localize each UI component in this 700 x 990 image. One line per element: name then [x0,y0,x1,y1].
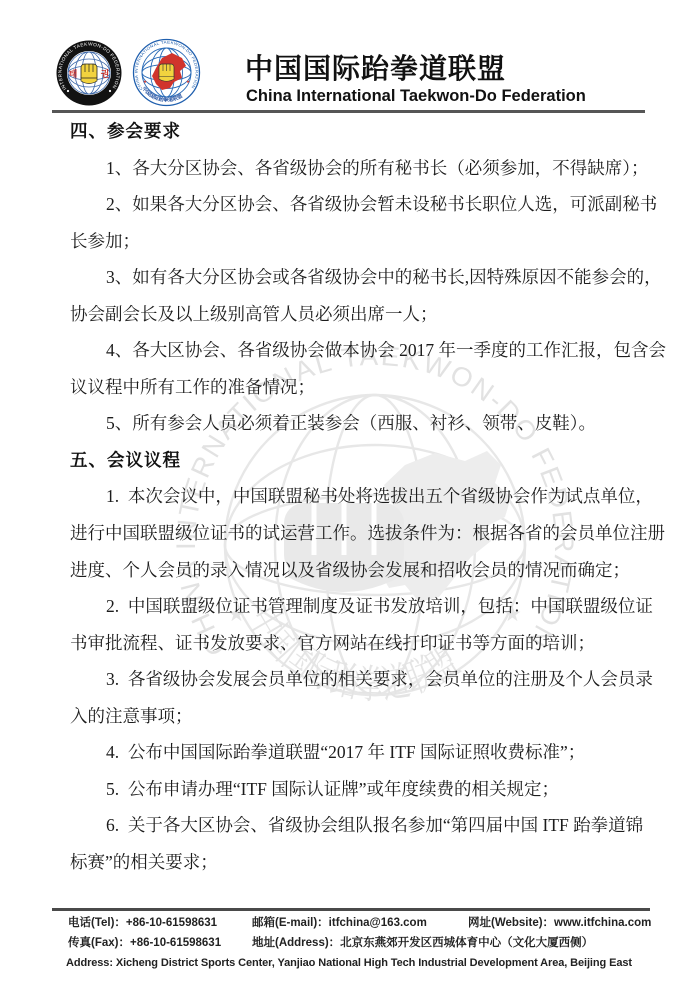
footer-fax: 传真(Fax)：+86-10-61598631 [68,934,221,952]
doc-line: 5. 公布申请办理“ITF 国际认证牌”或年度续费的相关规定； [70,771,650,808]
itf-korean-kwon: 권 [101,68,110,79]
doc-line: 5、所有参会人员必须着正装参会（西服、衬衫、领带、皮鞋）。 [70,405,650,442]
footer-rule [52,908,650,911]
doc-line: 协会副会长及以上级别高管人员必须出席一人； [70,296,650,333]
footer-address-en: Address: Xicheng District Sports Center,… [66,954,632,972]
footer-email: 邮箱(E-mail)：itfchina@163.com [252,914,427,932]
doc-line: 1、各大分区协会、各省级协会的所有秘书长（必须参加，不得缺席）； [70,150,650,187]
section-heading: 四、参会要求 [70,113,650,150]
doc-line: 4. 公布中国国际跆拳道联盟“2017 年 ITF 国际证照收费标准”； [70,734,650,771]
org-title-en: China International Taekwon-Do Federatio… [246,87,586,106]
itf-korean-tae: 태 [69,68,78,79]
doc-line: 3. 各省级协会发展会员单位的相关要求，会员单位的注册及个人会员录 [70,661,650,698]
footer-website: 网址(Website)：www.itfchina.com [468,914,651,932]
doc-line: 入的注意事项； [70,698,650,735]
doc-line: 进行中国联盟级位证书的试运营工作。选拔条件为：根据各省的会员单位注册 [70,515,650,552]
org-title-cn: 中国国际跆拳道联盟 [245,47,506,87]
document-body: 四、参会要求 1、各大分区协会、各省级协会的所有秘书长（必须参加，不得缺席）； … [70,113,650,880]
doc-line: 进度、个人会员的录入情况以及省级协会发展和招收会员的情况而确定； [70,552,650,589]
doc-line: 长参加； [70,223,650,260]
footer-tel: 电话(Tel)：+86-10-61598631 [68,914,217,932]
doc-line: 3、如有各大分区协会或各省级协会中的秘书长,因特殊原因不能参会的， [70,259,650,296]
doc-line: 4、各大区协会、各省级协会做本协会 2017 年一季度的工作汇报，包含会 [70,332,650,369]
citf-logo-icon: CHINA INTERNATIONAL TAEKWON-DO FEDERATIO… [132,38,201,112]
doc-line: 2、如果各大分区协会、各省级协会暂未设秘书长职位人选，可派副秘书 [70,186,650,223]
document-page: INTERNATIONAL TAEKWON-DO FEDERATION 태 권 [0,0,700,990]
doc-line: 书审批流程、证书发放要求、官方网站在线打印证书等方面的培训； [70,625,650,662]
doc-line: 6. 关于各大区协会、省级协会组队报名参加“第四届中国 ITF 跆拳道锦 [70,807,650,844]
doc-line: 议议程中所有工作的准备情况； [70,369,650,406]
section-heading: 五、会议议程 [70,442,650,479]
doc-line: 1. 本次会议中，中国联盟秘书处将选拔出五个省级协会作为试点单位， [70,478,650,515]
doc-line: 标赛”的相关要求； [70,844,650,881]
itf-fist-icon [81,64,97,84]
doc-line: 2. 中国联盟级位证书管理制度及证书发放培训，包括：中国联盟级位证 [70,588,650,625]
itf-logo-icon: INTERNATIONAL TAEKWON-DO FEDERATION 태 권 [56,39,122,112]
citf-fist-icon [159,64,174,81]
footer-address-cn: 地址(Address)：北京东燕郊开发区西城体育中心（文化大厦西侧） [252,934,593,952]
